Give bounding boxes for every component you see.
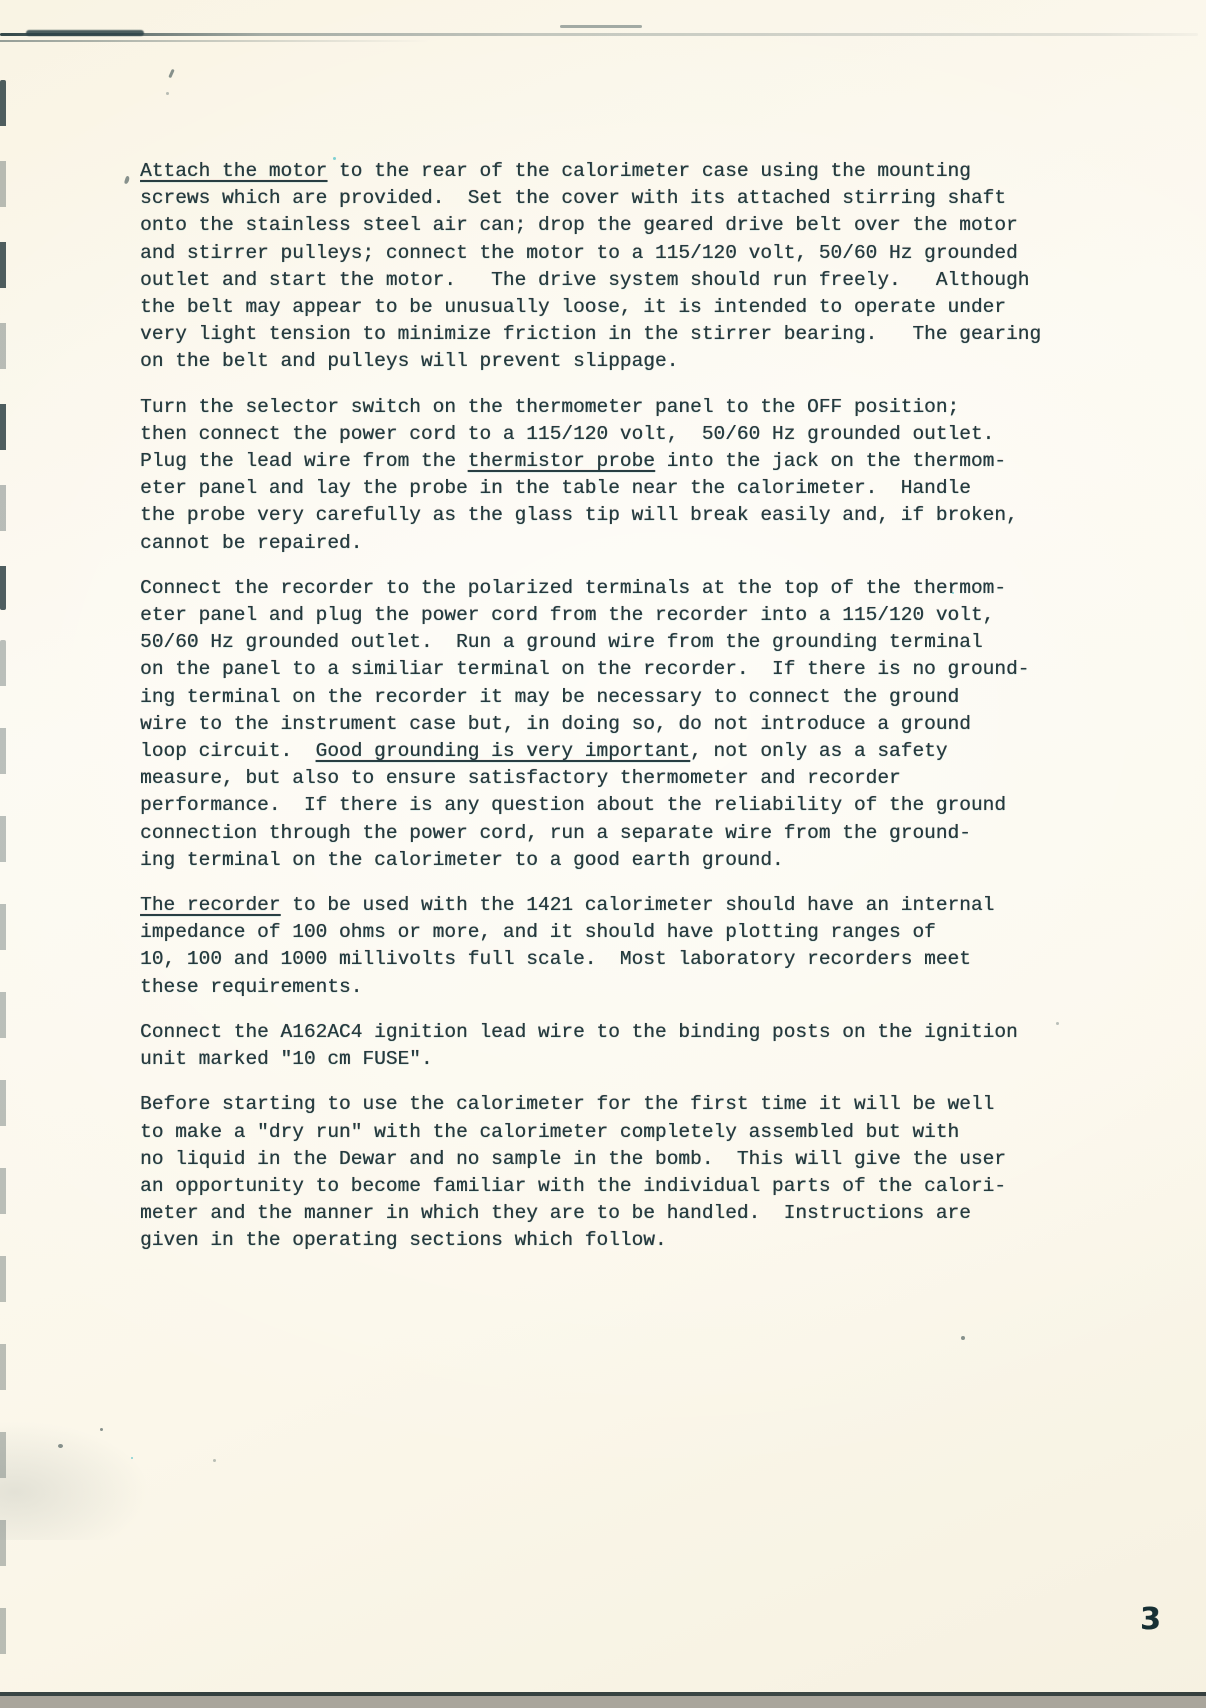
scan-speck [58, 1444, 63, 1448]
paragraph-attach-motor: Attach the motor to the rear of the calo… [140, 158, 1060, 376]
document-body: Attach the motor to the rear of the calo… [140, 158, 1060, 1273]
scan-speck [333, 157, 336, 160]
paragraph-selector-switch: Turn the selector switch on the thermome… [140, 394, 1060, 557]
scan-speck [124, 176, 130, 185]
scanned-manual-page: Attach the motor to the rear of the calo… [0, 0, 1206, 1708]
scan-artifact-top-line-blob [26, 30, 144, 36]
page-number: 3 [1140, 1602, 1161, 1637]
scan-speck [168, 69, 174, 78]
scan-speck [166, 92, 169, 95]
paragraph-dry-run: Before starting to use the calorimeter f… [140, 1091, 1060, 1254]
scan-speck [213, 1459, 216, 1462]
scanner-background-strip [0, 1696, 1206, 1708]
scan-speck [1056, 1022, 1059, 1025]
paragraph-connect-recorder: Connect the recorder to the polarized te… [140, 575, 1060, 874]
scan-speck [961, 1336, 965, 1340]
scan-artifact-corner-smudge [0, 1420, 150, 1540]
scan-artifact-top-dash [560, 25, 642, 28]
scan-artifact-top-line [0, 33, 1198, 36]
paragraph-ignition-lead: Connect the A162AC4 ignition lead wire t… [140, 1019, 1060, 1073]
scan-artifact-top-line-echo [0, 40, 430, 42]
scan-speck [952, 592, 954, 594]
scan-speck [131, 1457, 133, 1459]
scan-speck [100, 1428, 103, 1431]
scan-artifact-left-edge-marks [0, 80, 6, 610]
paragraph-recorder-specs: The recorder to be used with the 1421 ca… [140, 892, 1060, 1001]
